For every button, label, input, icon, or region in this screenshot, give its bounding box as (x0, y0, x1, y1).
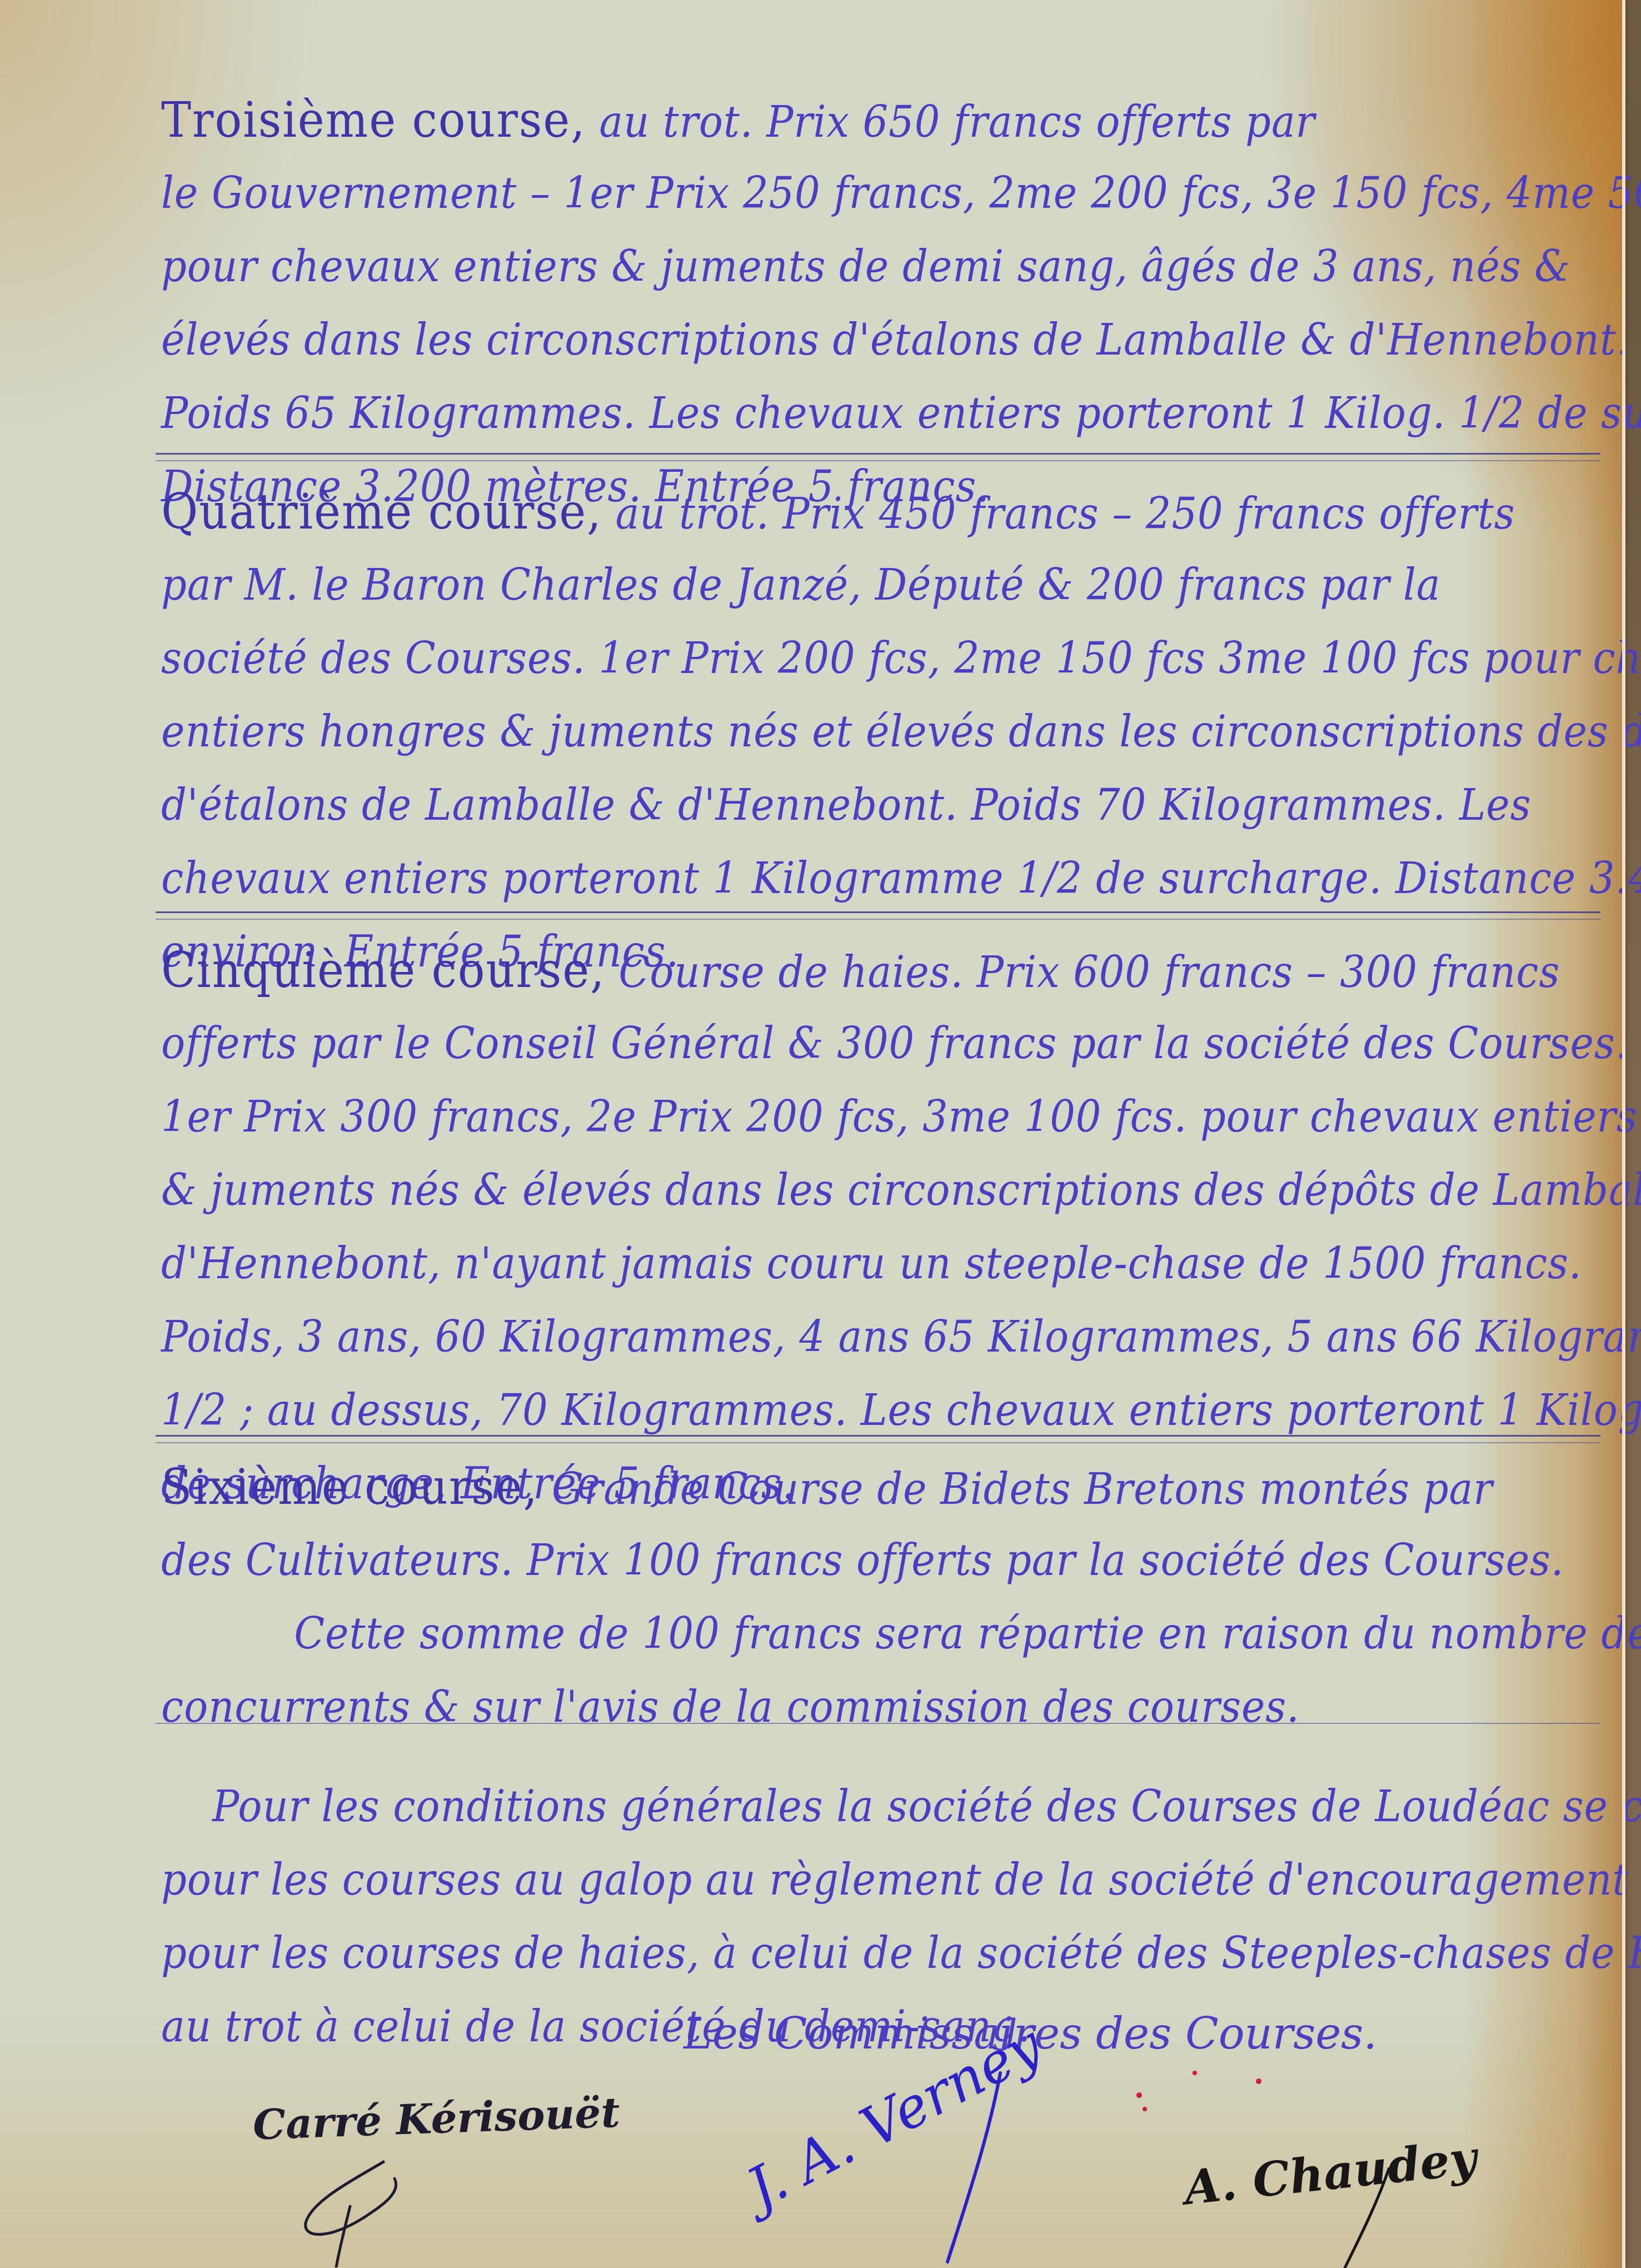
text-line: élevés dans les circonscriptions d'étalo… (161, 303, 1485, 377)
text-line: au trot. Prix 450 francs – 250 francs of… (615, 489, 1515, 539)
text-line: Poids, 3 ans, 60 Kilogrammes, 4 ans 65 K… (161, 1300, 1485, 1374)
text-line: Pour les conditions générales la société… (161, 1770, 1485, 1843)
text-line: par M. le Baron Charles de Janzé, Député… (161, 549, 1485, 622)
text-line: chevaux entiers porteront 1 Kilogramme 1… (161, 842, 1485, 915)
section-heading: Quatrième course, (161, 483, 602, 540)
section-heading: Cinquième course, (161, 941, 606, 999)
section-divider (156, 1723, 1600, 1724)
section-divider (156, 453, 1600, 461)
ink-spots (1128, 2062, 1267, 2129)
text-line: le Gouvernement – 1er Prix 250 francs, 2… (161, 157, 1485, 230)
text-line: Course de haies. Prix 600 francs – 300 f… (619, 948, 1560, 998)
signature-1: Carré Kérisouët (252, 2088, 621, 2149)
text-line: au trot. Prix 650 francs offerts par (599, 97, 1315, 147)
text-line: pour les courses au galop au règlement d… (161, 1843, 1485, 1917)
section-heading-line: Quatrième course, au trot. Prix 450 fran… (161, 475, 1485, 549)
section-heading-line: Troisième course, au trot. Prix 650 fran… (161, 83, 1485, 157)
signature-flourish (289, 2156, 433, 2267)
text-line: pour chevaux entiers & juments de demi s… (161, 230, 1485, 303)
text-line: d'Hennebont, n'ayant jamais couru un ste… (161, 1227, 1485, 1300)
section-divider (156, 911, 1600, 920)
text-line: Poids 65 Kilogrammes. Les chevaux entier… (161, 377, 1485, 450)
signature-stroke (939, 2067, 1006, 2267)
signature-stroke (1334, 2167, 1400, 2268)
section-divider (156, 1435, 1600, 1443)
text-line: d'étalons de Lamballe & d'Hennebont. Poi… (161, 769, 1485, 842)
section-heading-line: Cinquième course, Course de haies. Prix … (161, 934, 1485, 1007)
text-line: des Cultivateurs. Prix 100 francs offert… (161, 1524, 1485, 1597)
text-line: Cette somme de 100 francs sera répartie … (161, 1597, 1485, 1671)
handwritten-page: Troisième course, au trot. Prix 650 fran… (0, 0, 1625, 2268)
section-sixieme-course: Sixième course, Grande Course de Bidets … (161, 1450, 1600, 1744)
text-line: société des Courses. 1er Prix 200 fcs, 2… (161, 622, 1485, 695)
section-cinquieme-course: Cinquième course, Course de haies. Prix … (161, 934, 1600, 1521)
section-heading-line: Sixième course, Grande Course de Bidets … (161, 1450, 1485, 1524)
text-line: 1er Prix 300 francs, 2e Prix 200 fcs, 3m… (161, 1080, 1485, 1154)
signature-3: A. Chaudey (1181, 2130, 1479, 2216)
text-line: & juments nés & élevés dans les circonsc… (161, 1154, 1485, 1227)
text-line: concurrents & sur l'avis de la commissio… (161, 1671, 1485, 1744)
text-line: offerts par le Conseil Général & 300 fra… (161, 1007, 1485, 1080)
section-heading: Sixième course, (161, 1458, 538, 1516)
text-line: entiers hongres & juments nés et élevés … (161, 695, 1485, 769)
text-line: Grande Course de Bidets Bretons montés p… (552, 1464, 1493, 1514)
section-heading: Troisième course, (161, 91, 586, 148)
text-line: pour les courses de haies, à celui de la… (161, 1917, 1485, 1990)
